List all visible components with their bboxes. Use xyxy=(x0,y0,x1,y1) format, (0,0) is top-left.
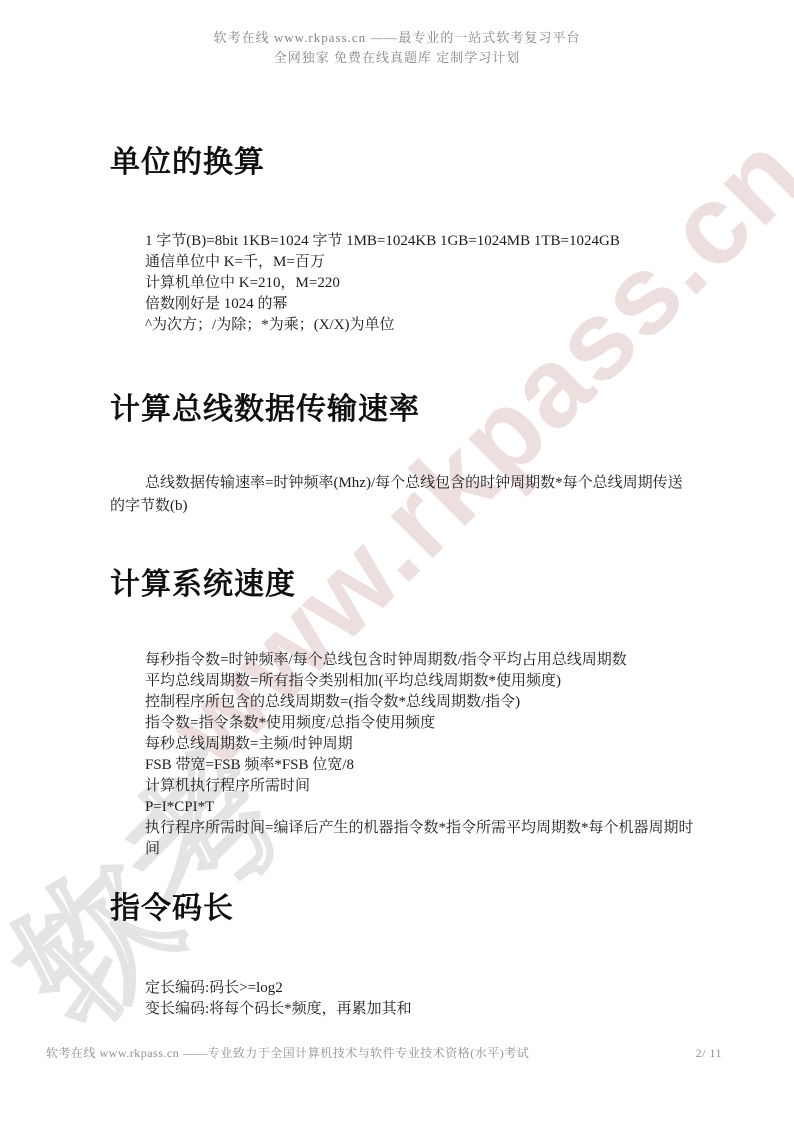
section-title-instruction-code-length: 指令码长 xyxy=(110,890,234,928)
formula-line: 控制程序所包含的总线周期数=(指令数*总线周期数/指令) xyxy=(145,692,705,713)
formula-line: P=I*CPI*T xyxy=(145,797,705,818)
page-header: 软考在线 www.rkpass.cn ——最专业的一站式软考复习平台 全网独家 … xyxy=(0,28,794,68)
section-body-unit-conversion: 1 字节(B)=8bit 1KB=1024 字节 1MB=1024KB 1GB=… xyxy=(145,231,705,336)
formula-line: 平均总线周期数=所有指令类别相加(平均总线周期数*使用频度) xyxy=(145,671,705,692)
formula-line: 通信单位中 K=千，M=百万 xyxy=(145,252,705,273)
formula-line: 每秒总线周期数=主频/时钟周期 xyxy=(145,734,705,755)
formula-line: 执行程序所需时间=编译后产生的机器指令数*指令所需平均周期数*每个机器周期时间 xyxy=(145,818,705,860)
section-title-bus-transfer-rate: 计算总线数据传输速率 xyxy=(110,391,420,429)
section-title-unit-conversion: 单位的换算 xyxy=(110,144,265,182)
formula-line: 计算机执行程序所需时间 xyxy=(145,776,705,797)
formula-line: 定长编码:码长>=log2 xyxy=(145,978,705,999)
formula-line: 计算机单位中 K=210，M=220 xyxy=(145,273,705,294)
section-title-system-speed: 计算系统速度 xyxy=(110,566,296,604)
section-body-instruction-code-length: 定长编码:码长>=log2 变长编码:将每个码长*频度，再累加其和 xyxy=(145,978,705,1020)
footer-text: 软考在线 www.rkpass.cn ——专业致力于全国计算机技术与软件专业技术… xyxy=(46,1044,529,1061)
section-body-system-speed: 每秒指令数=时钟频率/每个总线包含时钟周期数/指令平均占用总线周期数 平均总线周… xyxy=(145,650,705,860)
section-body-bus-transfer-rate: 总线数据传输速率=时钟频率(Mhz)/每个总线包含的时钟周期数*每个总线周期传送… xyxy=(110,472,686,518)
page-footer: 软考在线 www.rkpass.cn ——专业致力于全国计算机技术与软件专业技术… xyxy=(46,1044,722,1061)
formula-line: 倍数刚好是 1024 的幂 xyxy=(145,294,705,315)
formula-line: 变长编码:将每个码长*频度，再累加其和 xyxy=(145,999,705,1020)
header-line-2: 全网独家 免费在线真题库 定制学习计划 xyxy=(0,48,794,68)
formula-line: 指令数=指令条数*使用频度/总指令使用频度 xyxy=(145,713,705,734)
formula-line: 1 字节(B)=8bit 1KB=1024 字节 1MB=1024KB 1GB=… xyxy=(145,231,705,252)
formula-line: ^为次方；/为除；*为乘；(X/X)为单位 xyxy=(145,315,705,336)
page-number: 2/ 11 xyxy=(696,1046,722,1061)
formula-line: FSB 带宽=FSB 频率*FSB 位宽/8 xyxy=(145,755,705,776)
document-page: 软考在线 www.rkpass.cn ——最专业的一站式软考复习平台 全网独家 … xyxy=(0,0,794,1123)
header-line-1: 软考在线 www.rkpass.cn ——最专业的一站式软考复习平台 xyxy=(0,28,794,48)
formula-line: 每秒指令数=时钟频率/每个总线包含时钟周期数/指令平均占用总线周期数 xyxy=(145,650,705,671)
